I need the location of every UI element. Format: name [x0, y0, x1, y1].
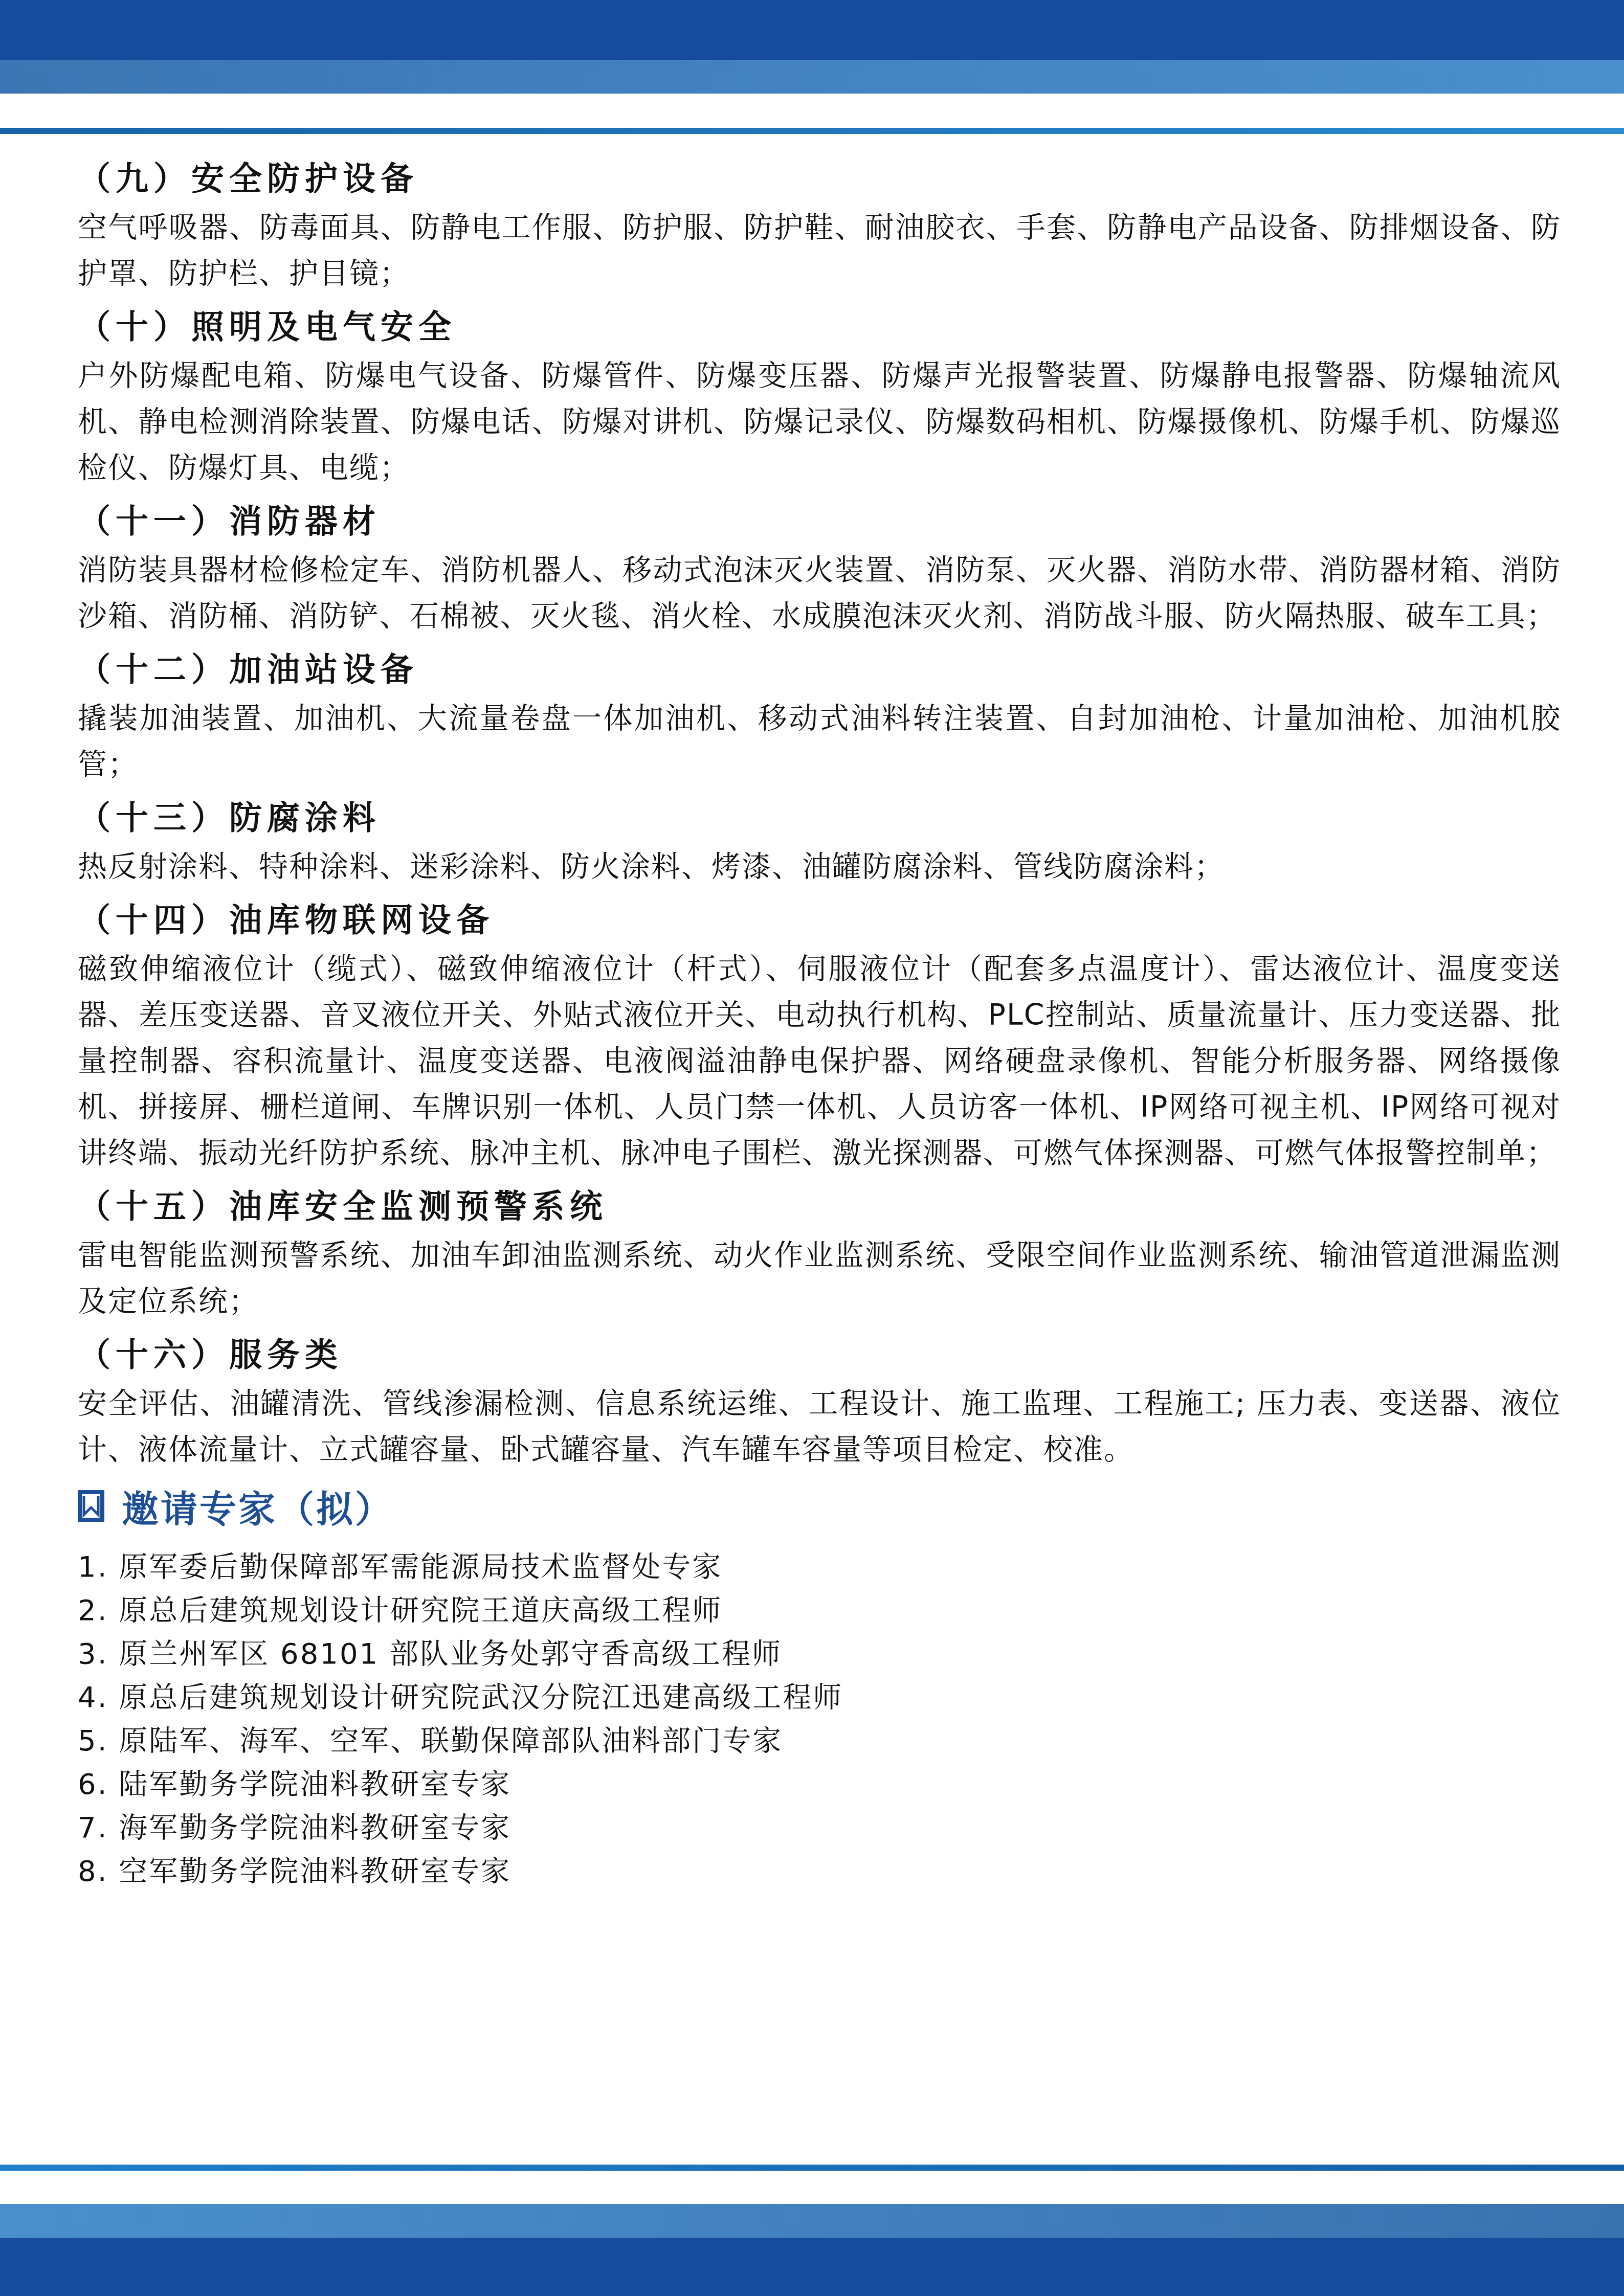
list-item: 1. 原军委后勤保障部军需能源局技术监督处专家 [78, 1545, 1561, 1589]
experts-title-text: 邀请专家（拟） [122, 1479, 394, 1533]
section-body: 户外防爆配电箱、防爆电气设备、防爆管件、防爆变压器、防爆声光报警装置、防爆静电报… [78, 353, 1561, 491]
section-body: 空气呼吸器、防毒面具、防静电工作服、防护服、防护鞋、耐油胶衣、手套、防静电产品设… [78, 205, 1561, 297]
section-title: （十六）服务类 [78, 1330, 1561, 1381]
list-item: 2. 原总后建筑规划设计研究院王道庆高级工程师 [78, 1589, 1561, 1632]
footer-band-dark [0, 2238, 1624, 2296]
section-body: 消防装具器材检修检定车、消防机器人、移动式泡沫灭火装置、消防泵、灭火器、消防水带… [78, 547, 1561, 639]
list-item: 6. 陆军勤务学院油料教研室专家 [78, 1763, 1561, 1806]
header-rule [0, 128, 1624, 134]
section-title: （九）安全防护设备 [78, 153, 1561, 205]
header-band-dark [0, 0, 1624, 60]
section-title: （十二）加油站设备 [78, 644, 1561, 695]
experts-heading: 邀请专家（拟） [78, 1478, 1561, 1534]
section-title: （十一）消防器材 [78, 496, 1561, 547]
page-content: （九）安全防护设备 空气呼吸器、防毒面具、防静电工作服、防护服、防护鞋、耐油胶衣… [78, 153, 1561, 1893]
section-gas-station: （十二）加油站设备 撬装加油装置、加油机、大流量卷盘一体加油机、移动式油料转注装… [78, 644, 1561, 787]
section-body: 磁致伸缩液位计（缆式）、磁致伸缩液位计（杆式）、伺服液位计（配套多点温度计）、雷… [78, 946, 1561, 1176]
section-title: （十五）油库安全监测预警系统 [78, 1181, 1561, 1232]
section-title: （十）照明及电气安全 [78, 302, 1561, 353]
section-iot-devices: （十四）油库物联网设备 磁致伸缩液位计（缆式）、磁致伸缩液位计（杆式）、伺服液位… [78, 895, 1561, 1176]
section-monitoring-system: （十五）油库安全监测预警系统 雷电智能监测预警系统、加油车卸油监测系统、动火作业… [78, 1181, 1561, 1324]
section-fire-equipment: （十一）消防器材 消防装具器材检修检定车、消防机器人、移动式泡沫灭火装置、消防泵… [78, 496, 1561, 639]
section-body: 安全评估、油罐清洗、管线渗漏检测、信息系统运维、工程设计、施工监理、工程施工; … [78, 1381, 1561, 1473]
footer-band-light [0, 2204, 1624, 2238]
list-item: 4. 原总后建筑规划设计研究院武汉分院江迅建高级工程师 [78, 1676, 1561, 1719]
section-title: （十四）油库物联网设备 [78, 895, 1561, 946]
section-body: 热反射涂料、特种涂料、迷彩涂料、防火涂料、烤漆、油罐防腐涂料、管线防腐涂料； [78, 844, 1561, 890]
section-body: 撬装加油装置、加油机、大流量卷盘一体加油机、移动式油料转注装置、自封加油枪、计量… [78, 695, 1561, 787]
section-anticorrosion: （十三）防腐涂料 热反射涂料、特种涂料、迷彩涂料、防火涂料、烤漆、油罐防腐涂料、… [78, 793, 1561, 890]
section-title: （十三）防腐涂料 [78, 793, 1561, 844]
bookmark-box-icon [78, 1490, 104, 1522]
section-body: 雷电智能监测预警系统、加油车卸油监测系统、动火作业监测系统、受限空间作业监测系统… [78, 1232, 1561, 1324]
section-safety-protection: （九）安全防护设备 空气呼吸器、防毒面具、防静电工作服、防护服、防护鞋、耐油胶衣… [78, 153, 1561, 297]
section-services: （十六）服务类 安全评估、油罐清洗、管线渗漏检测、信息系统运维、工程设计、施工监… [78, 1330, 1561, 1473]
list-item: 8. 空军勤务学院油料教研室专家 [78, 1850, 1561, 1893]
footer-rule [0, 2165, 1624, 2171]
header-band-light [0, 60, 1624, 94]
section-lighting-electrical: （十）照明及电气安全 户外防爆配电箱、防爆电气设备、防爆管件、防爆变压器、防爆声… [78, 302, 1561, 491]
list-item: 3. 原兰州军区 68101 部队业务处郭守香高级工程师 [78, 1632, 1561, 1676]
experts-list: 1. 原军委后勤保障部军需能源局技术监督处专家 2. 原总后建筑规划设计研究院王… [78, 1545, 1561, 1893]
list-item: 5. 原陆军、海军、空军、联勤保障部队油料部门专家 [78, 1719, 1561, 1763]
list-item: 7. 海军勤务学院油料教研室专家 [78, 1806, 1561, 1850]
